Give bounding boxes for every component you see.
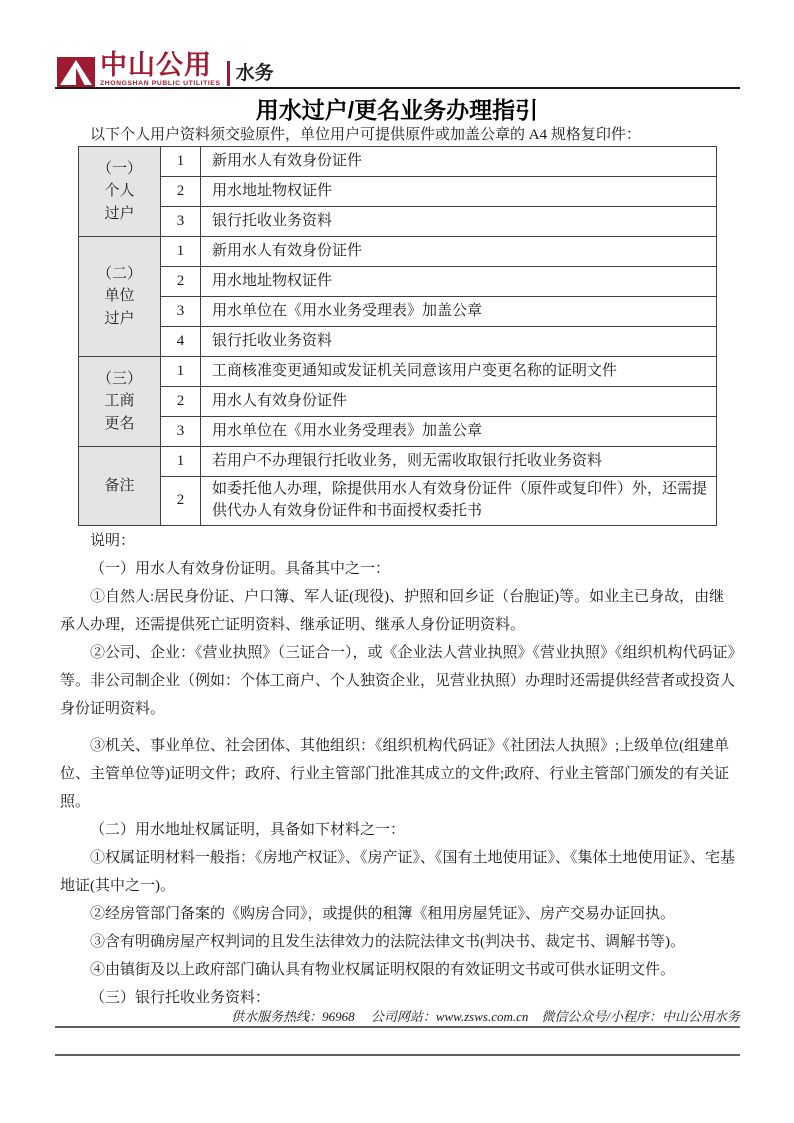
footer-rule-bottom <box>55 1054 740 1056</box>
note-paragraph: ④由镇街及以上政府部门确认具有物业权属证明权限的有效证明文书或可供水证明文件。 <box>60 956 736 984</box>
table-row: （一） 个人 过户 1 新用水人有效身份证件 <box>79 147 717 177</box>
logo-mark-icon <box>57 57 95 88</box>
row-number: 3 <box>161 207 201 237</box>
row-number: 2 <box>161 177 201 207</box>
table-row: 备注 1 若用户不办理银行托收业务，则无需收取银行托收业务资料 <box>79 447 717 477</box>
row-text: 用水单位在《用水业务受理表》加盖公章 <box>201 297 717 327</box>
section-header-personal-transfer: （一） 个人 过户 <box>79 147 161 237</box>
row-number: 2 <box>161 267 201 297</box>
row-text: 用水单位在《用水业务受理表》加盖公章 <box>201 417 717 447</box>
row-text: 银行托收业务资料 <box>201 327 717 357</box>
row-number: 1 <box>161 147 201 177</box>
row-number: 3 <box>161 417 201 447</box>
brand-divider <box>227 61 230 86</box>
row-text: 银行托收业务资料 <box>201 207 717 237</box>
row-text: 用水地址物权证件 <box>201 267 717 297</box>
intro-text: 以下个人用户资料须交验原件，单位用户可提供原件或加盖公章的 A4 规格复印件： <box>60 126 740 144</box>
requirements-table: （一） 个人 过户 1 新用水人有效身份证件 2 用水地址物权证件 3 银行托收… <box>78 146 717 526</box>
row-number: 3 <box>161 297 201 327</box>
notes-section: 说明： （一）用水人有效身份证明。具备其中之一： ①自然人:居民身份证、户口簿、… <box>60 527 736 1012</box>
notes-heading: 说明： <box>60 527 736 555</box>
note-paragraph: ③含有明确房屋产权判词的且发生法律效力的法院法律文书(判决书、裁定书、调解书等)… <box>60 928 736 956</box>
row-text: 如委托他人办理，除提供用水人有效身份证件（原件或复印件）外，还需提供代办人有效身… <box>201 477 717 526</box>
row-number: 4 <box>161 327 201 357</box>
row-text: 新用水人有效身份证件 <box>201 237 717 267</box>
footer-rule-top <box>55 1026 740 1028</box>
table-row: 2 用水地址物权证件 <box>79 177 717 207</box>
row-number: 1 <box>161 357 201 387</box>
brand-text: 中山公用 ZHONGSHAN PUBLIC UTILITIES <box>100 52 221 88</box>
section-header-remarks: 备注 <box>79 447 161 526</box>
section-header-business-rename: （三） 工商 更名 <box>79 357 161 447</box>
division-label: 水务 <box>236 58 274 85</box>
row-text: 用水地址物权证件 <box>201 177 717 207</box>
row-text: 若用户不办理银行托收业务，则无需收取银行托收业务资料 <box>201 447 717 477</box>
table-row: 2 用水地址物权证件 <box>79 267 717 297</box>
document-page: { "header": { "brand_cn": "中山公用", "brand… <box>0 0 794 1123</box>
row-text: 工商核准变更通知或发证机关同意该用户变更名称的证明文件 <box>201 357 717 387</box>
page-title: 用水过户/更名业务办理指引 <box>0 92 794 125</box>
header-rule <box>55 87 740 89</box>
table-row: 3 用水单位在《用水业务受理表》加盖公章 <box>79 417 717 447</box>
row-text: 新用水人有效身份证件 <box>201 147 717 177</box>
table-row: 2 用水人有效身份证件 <box>79 387 717 417</box>
table-row: 3 用水单位在《用水业务受理表》加盖公章 <box>79 297 717 327</box>
note-paragraph: ①自然人:居民身份证、户口簿、军人证(现役)、护照和回乡证（台胞证)等。如业主已… <box>60 583 736 639</box>
note-paragraph: （一）用水人有效身份证明。具备其中之一： <box>60 555 736 583</box>
table-row: （三） 工商 更名 1 工商核准变更通知或发证机关同意该用户变更名称的证明文件 <box>79 357 717 387</box>
table-row: 2 如委托他人办理，除提供用水人有效身份证件（原件或复印件）外，还需提供代办人有… <box>79 477 717 526</box>
note-paragraph: ②经房管部门备案的《购房合同》，或提供的租簿《租用房屋凭证》、房产交易办证回执。 <box>60 900 736 928</box>
note-paragraph: （二）用水地址权属证明，具备如下材料之一： <box>60 816 736 844</box>
row-number: 1 <box>161 447 201 477</box>
header-logo: 中山公用 ZHONGSHAN PUBLIC UTILITIES 水务 <box>57 52 274 88</box>
table-row: （二） 单位 过户 1 新用水人有效身份证件 <box>79 237 717 267</box>
row-text: 用水人有效身份证件 <box>201 387 717 417</box>
brand-name-cn: 中山公用 <box>100 52 221 79</box>
row-number: 2 <box>161 387 201 417</box>
note-paragraph: ②公司、企业：《营业执照》（三证合一），或《企业法人营业执照》《营业执照》《组织… <box>60 639 736 723</box>
row-number: 2 <box>161 477 201 526</box>
section-header-unit-transfer: （二） 单位 过户 <box>79 237 161 357</box>
row-number: 1 <box>161 237 201 267</box>
table-row: 3 银行托收业务资料 <box>79 207 717 237</box>
note-paragraph: ①权属证明材料一般指：《房地产权证》、《房产证》、《国有土地使用证》、《集体土地… <box>60 844 736 900</box>
table-row: 4 银行托收业务资料 <box>79 327 717 357</box>
footer-service-info: 供水服务热线：96968 公司网站：www.zsws.com.cn 微信公众号/… <box>55 1006 740 1025</box>
note-paragraph: ③机关、事业单位、社会团体、其他组织：《组织机构代码证》《社团法人执照》;上级单… <box>60 732 736 816</box>
